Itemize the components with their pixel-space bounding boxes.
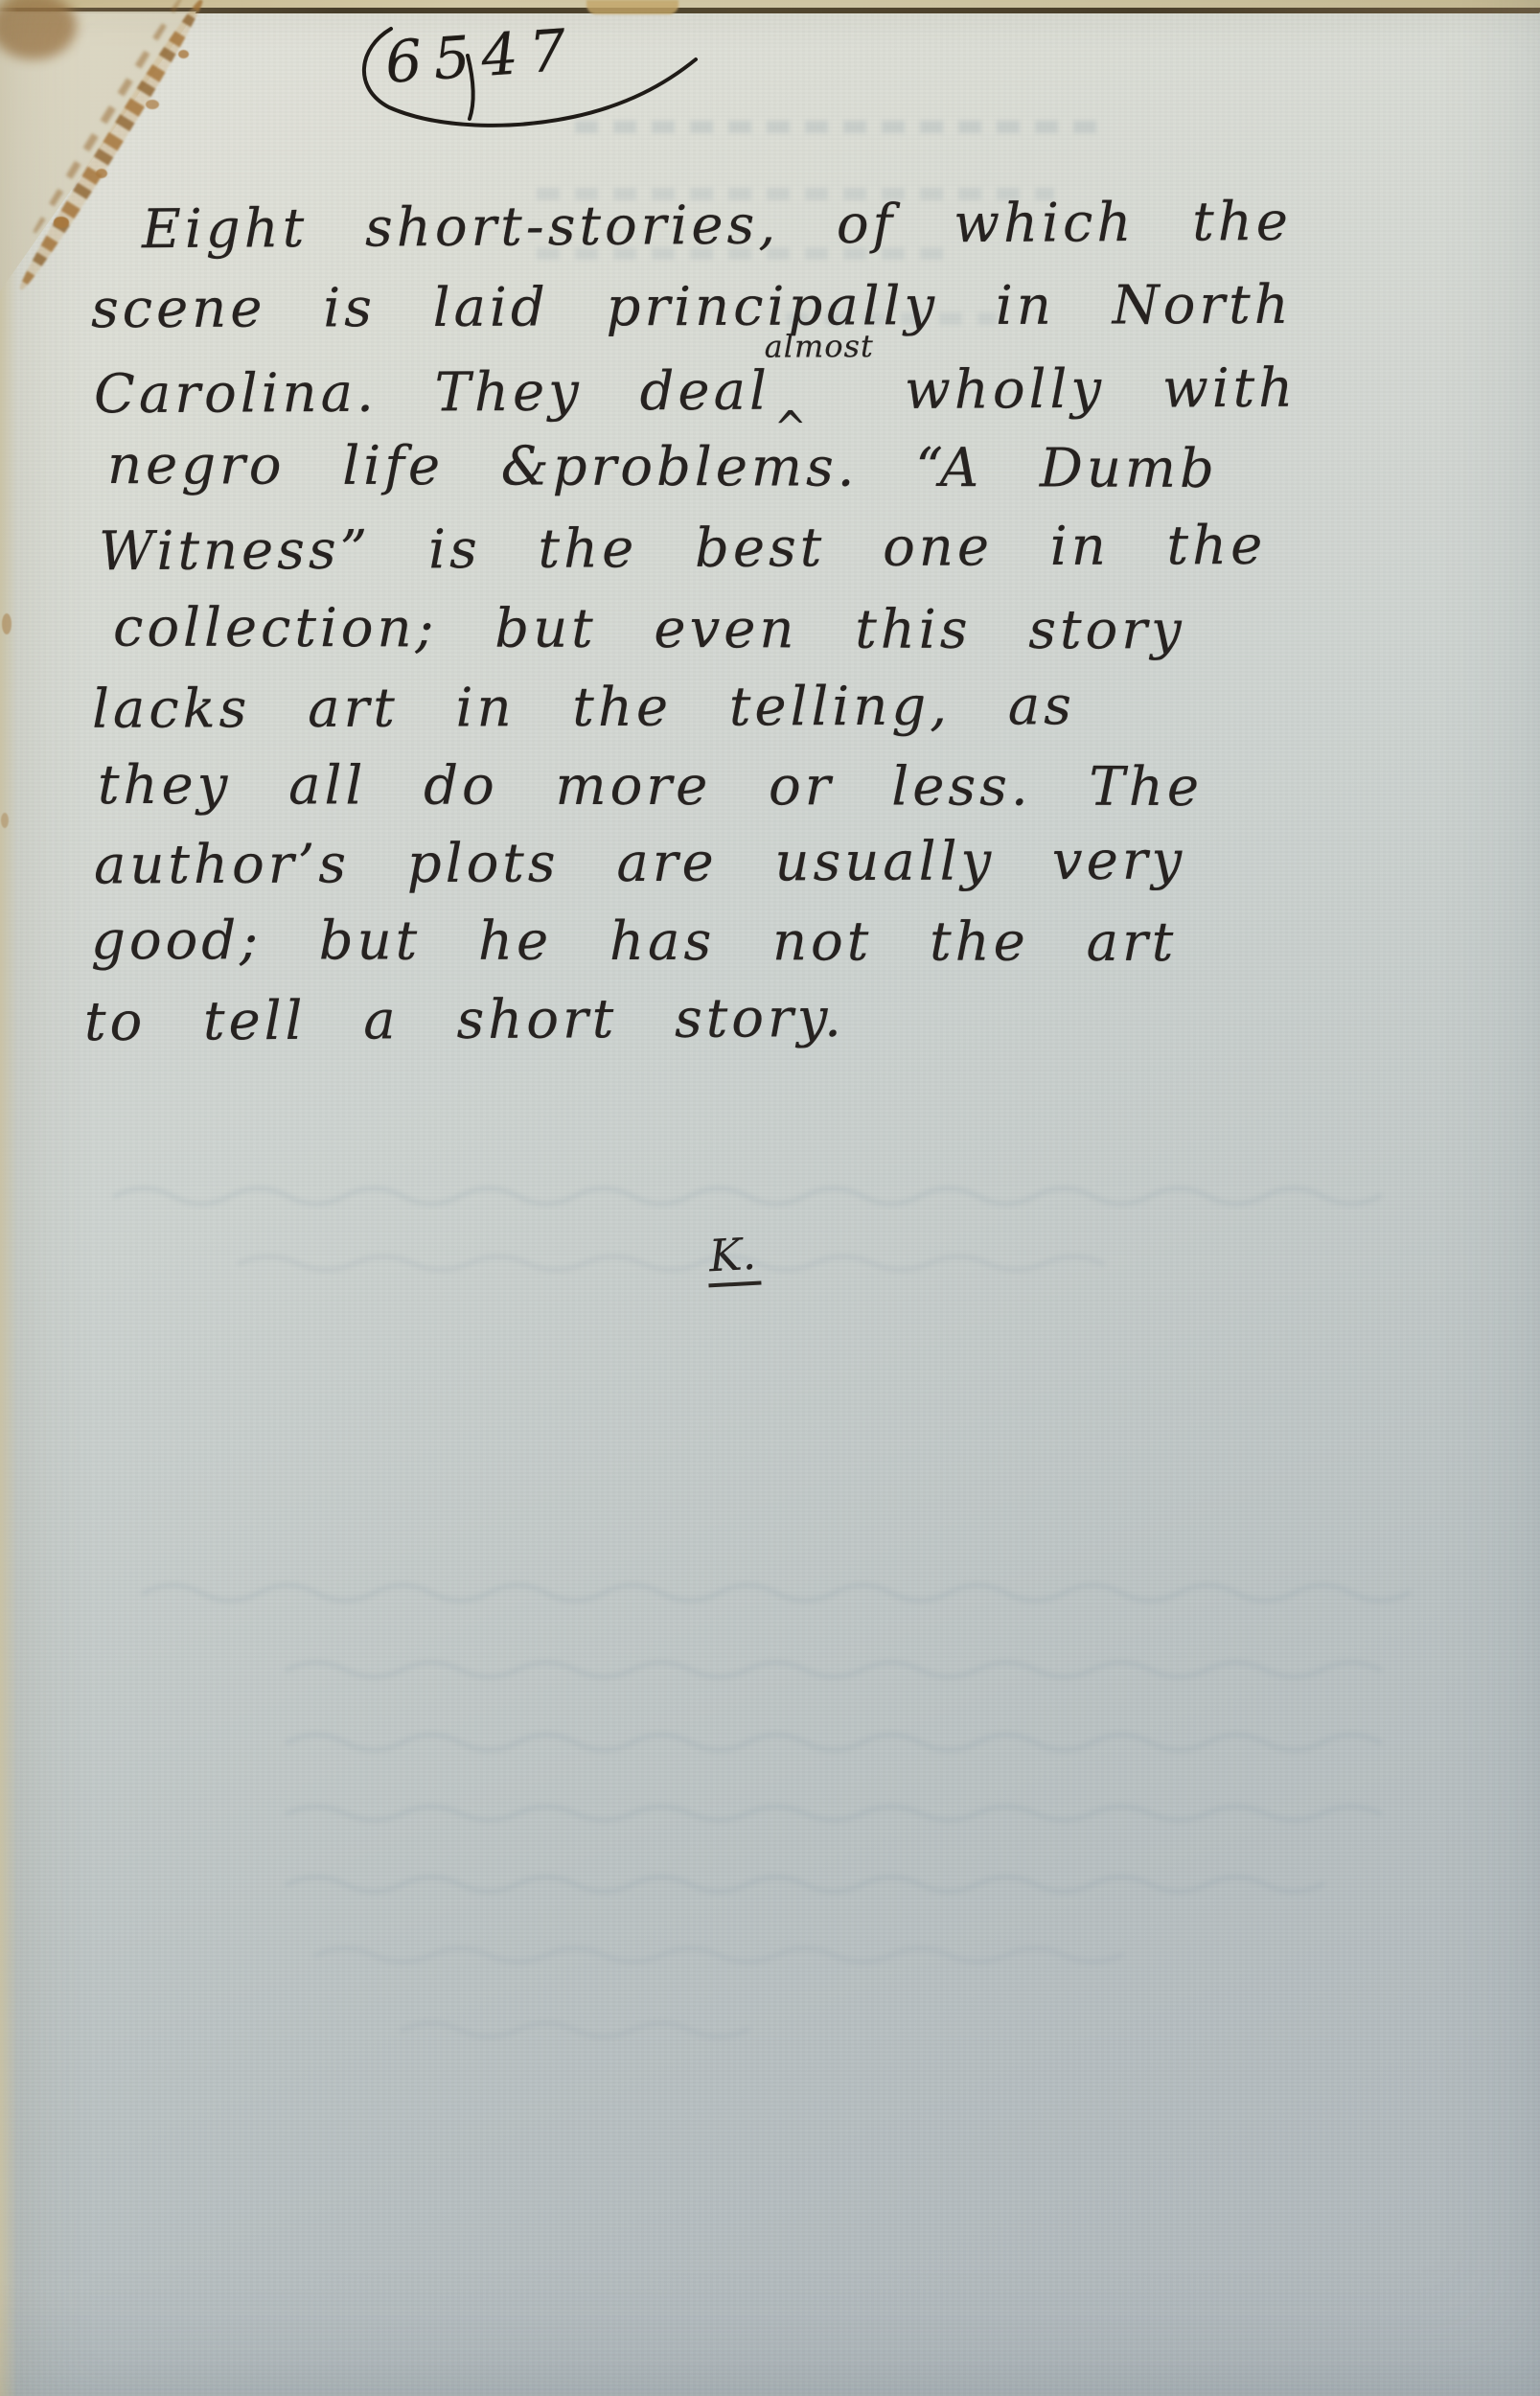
- manuscript-page: 6547 Eight short-stories, of which the s…: [0, 0, 1540, 2396]
- bleed-through-ghost-writing: [0, 0, 1540, 2396]
